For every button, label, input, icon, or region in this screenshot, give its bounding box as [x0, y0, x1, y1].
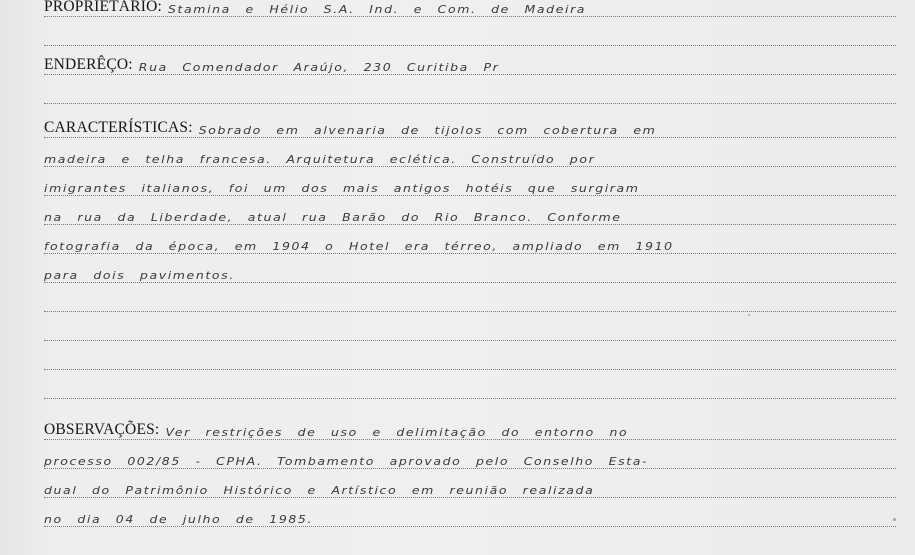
characteristics-line-5: fotografia da época, em 1904 o Hotel era… [44, 240, 674, 256]
characteristics-line-2: madeira e telha francesa. Arquitetura ec… [44, 153, 595, 169]
observations-row-3: dual do Patrimônio Histórico e Artístico… [44, 478, 896, 500]
characteristics-line-4: na rua da Liberdade, atual rua Barão do … [44, 211, 622, 227]
characteristics-row-9 [44, 350, 896, 372]
characteristics-label: CARACTERÍSTICAS: [44, 119, 193, 140]
characteristics-row-3: imigrantes italianos, foi um dos mais an… [44, 176, 896, 198]
address-blank-line [44, 84, 896, 106]
address-label: ENDERÊÇO: [44, 56, 133, 77]
characteristics-row-8 [44, 321, 896, 343]
observations-row-4: no dia 04 de julho de 1985. [44, 507, 896, 529]
observations-line-1: Ver restrições de uso e delimitação do e… [165, 426, 628, 442]
owner-field: PROPRIETÁRIO: Stamina e Hélio S.A. Ind. … [44, 0, 896, 19]
characteristics-row-4: na rua da Liberdade, atual rua Barão do … [44, 205, 896, 227]
observations-line-3: dual do Patrimônio Histórico e Artístico… [44, 484, 594, 500]
scan-speck [748, 314, 750, 316]
observations-line-4: no dia 04 de julho de 1985. [44, 513, 313, 529]
scanned-form-page: PROPRIETÁRIO: Stamina e Hélio S.A. Ind. … [0, 0, 915, 555]
scan-speck [893, 518, 896, 521]
characteristics-row-10 [44, 379, 896, 401]
address-value: Rua Comendador Araújo, 230 Curitiba Pr [139, 61, 500, 77]
owner-blank-line [44, 26, 896, 48]
characteristics-row-6: para dois pavimentos. [44, 263, 896, 285]
owner-label: PROPRIETÁRIO: [44, 0, 162, 19]
characteristics-row-7 [44, 292, 896, 314]
observations-line-2: processo 002/85 - CPHA. Tombamento aprov… [44, 455, 648, 471]
owner-value: Stamina e Hélio S.A. Ind. e Com. de Made… [168, 3, 586, 19]
observations-field: OBSERVAÇÕES: Ver restrições de uso e del… [44, 420, 896, 442]
characteristics-line-1: Sobrado em alvenaria de tijolos com cobe… [199, 124, 657, 140]
characteristics-row-5: fotografia da época, em 1904 o Hotel era… [44, 234, 896, 256]
observations-label: OBSERVAÇÕES: [44, 421, 159, 442]
characteristics-field: CARACTERÍSTICAS: Sobrado em alvenaria de… [44, 118, 896, 140]
observations-row-2: processo 002/85 - CPHA. Tombamento aprov… [44, 449, 896, 471]
characteristics-row-2: madeira e telha francesa. Arquitetura ec… [44, 147, 896, 169]
characteristics-line-6: para dois pavimentos. [44, 269, 235, 285]
address-field: ENDERÊÇO: Rua Comendador Araújo, 230 Cur… [44, 55, 896, 77]
characteristics-line-3: imigrantes italianos, foi um dos mais an… [44, 182, 640, 198]
